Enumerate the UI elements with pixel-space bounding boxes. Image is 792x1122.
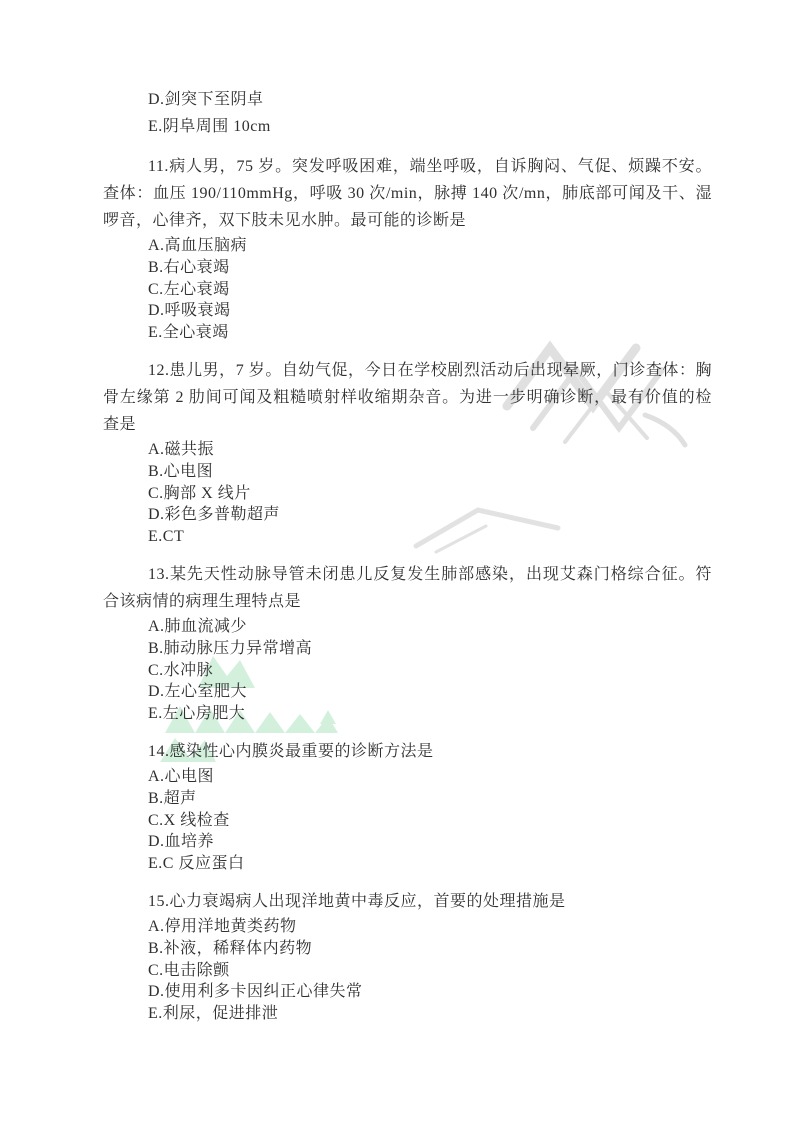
option-line: B.超声 — [103, 788, 712, 810]
document-content: D.剑突下至阴卓 E.阴阜周围 10cm 11.病人男，75 岁。突发呼吸困难，… — [0, 0, 792, 1025]
option-line: A.高血压脑病 — [103, 235, 712, 257]
question-stem: 14.感染性心内膜炎最重要的诊断方法是 — [103, 738, 712, 765]
option-line: E.C 反应蛋白 — [103, 853, 712, 875]
options-list: A.肺血流减少 B.肺动脉压力异常增高 C.水冲脉 D.左心室肥大 E.左心房肥… — [103, 616, 712, 725]
option-line: B.肺动脉压力异常增高 — [103, 638, 712, 660]
option-line: D.呼吸衰竭 — [103, 300, 712, 322]
option-line: B.右心衰竭 — [103, 257, 712, 279]
question-block-15: 15.心力衰竭病人出现洋地黄中毒反应，首要的处理措施是 A.停用洋地黄类药物 B… — [103, 888, 712, 1025]
question-stem: 11.病人男，75 岁。突发呼吸困难，端坐呼吸，自诉胸闷、气促、烦躁不安。查体：… — [103, 153, 712, 234]
option-line: C.X 线检查 — [103, 810, 712, 832]
options-list: A.心电图 B.超声 C.X 线检查 D.血培养 E.C 反应蛋白 — [103, 766, 712, 875]
option-line: D.使用利多卡因纠正心律失常 — [103, 981, 712, 1003]
question-stem: 13.某先天性动脉导管未闭患儿反复发生肺部感染，出现艾森门格综合征。符合该病情的… — [103, 561, 712, 615]
option-line: E.CT — [103, 526, 712, 548]
option-line: E.全心衰竭 — [103, 322, 712, 344]
option-line: B.补液，稀释体内药物 — [103, 938, 712, 960]
options-list: A.磁共振 B.心电图 C.胸部 X 线片 D.彩色多普勒超声 E.CT — [103, 439, 712, 548]
question-block-11: 11.病人男，75 岁。突发呼吸困难，端坐呼吸，自诉胸闷、气促、烦躁不安。查体：… — [103, 153, 712, 344]
option-line: E.阴阜周围 10cm — [103, 113, 712, 140]
option-line: A.心电图 — [103, 766, 712, 788]
option-line: E.左心房肥大 — [103, 703, 712, 725]
question-block-14: 14.感染性心内膜炎最重要的诊断方法是 A.心电图 B.超声 C.X 线检查 D… — [103, 738, 712, 875]
question-stem: 12.患儿男，7 岁。自幼气促，今日在学校剧烈活动后出现晕厥，门诊查体：胸骨左缘… — [103, 357, 712, 438]
option-line: E.利尿，促进排泄 — [103, 1003, 712, 1025]
document-page: D.剑突下至阴卓 E.阴阜周围 10cm 11.病人男，75 岁。突发呼吸困难，… — [0, 0, 792, 1122]
option-line: D.左心室肥大 — [103, 681, 712, 703]
option-line: A.磁共振 — [103, 439, 712, 461]
options-list: A.停用洋地黄类药物 B.补液，稀释体内药物 C.电击除颤 D.使用利多卡因纠正… — [103, 916, 712, 1025]
option-line: D.剑突下至阴卓 — [103, 86, 712, 113]
option-line: C.水冲脉 — [103, 660, 712, 682]
option-line: D.彩色多普勒超声 — [103, 504, 712, 526]
question-block-12: 12.患儿男，7 岁。自幼气促，今日在学校剧烈活动后出现晕厥，门诊查体：胸骨左缘… — [103, 357, 712, 548]
option-line: A.停用洋地黄类药物 — [103, 916, 712, 938]
option-line: D.血培养 — [103, 831, 712, 853]
options-list: A.高血压脑病 B.右心衰竭 C.左心衰竭 D.呼吸衰竭 E.全心衰竭 — [103, 235, 712, 344]
option-line: C.左心衰竭 — [103, 279, 712, 301]
option-line: C.电击除颤 — [103, 960, 712, 982]
question-stem: 15.心力衰竭病人出现洋地黄中毒反应，首要的处理措施是 — [103, 888, 712, 915]
option-line: A.肺血流减少 — [103, 616, 712, 638]
question-block-13: 13.某先天性动脉导管未闭患儿反复发生肺部感染，出现艾森门格综合征。符合该病情的… — [103, 561, 712, 725]
option-line: B.心电图 — [103, 461, 712, 483]
option-line: C.胸部 X 线片 — [103, 483, 712, 505]
